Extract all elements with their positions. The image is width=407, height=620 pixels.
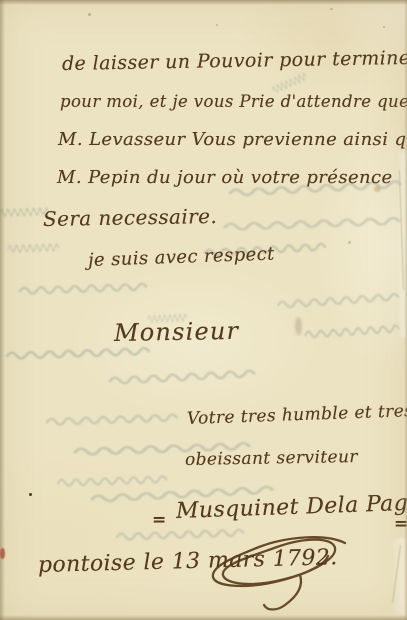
red-ink-mark [0,548,5,559]
letter-line: pour moi, et je vous Prie d'attendre que [60,92,407,111]
paper-edge-top [0,0,407,5]
salutation-line: Monsieur [114,317,240,347]
foxing-spot [295,317,302,335]
letter-line: de laisser un Pouvoir pour terminer [62,47,407,75]
paper-tear-highlight [391,538,405,616]
ink-dot [29,493,32,496]
foxing-spot [330,8,333,10]
paper-edge-bottom [0,615,407,620]
letter-line: M. Pepin du jour où votre présence [57,167,393,188]
foxing-spot [216,24,218,26]
signature-name: Musquinet Dela Pagne [176,490,407,524]
dateline: pontoise le 13 mars 1792. [38,545,338,578]
foxing-spot [348,241,351,244]
paper-crease [392,545,401,603]
letter-line: M. Levasseur Vous previenne ainsi que [58,129,407,150]
letter-page: de laisser un Pouvoir pour terminer pour… [0,0,407,620]
foxing-spot [88,13,91,16]
paper-tear-highlight [397,152,406,337]
foxing-spot [383,26,385,28]
paper-edge-left [0,0,5,620]
signature-prefix: = [152,510,167,530]
courtesy-line: je suis avec respect [88,243,275,271]
closing-line: obeissant serviteur [185,447,358,470]
letter-line: Sera necessaire. [43,204,218,231]
paper-crease [399,170,404,290]
closing-line: Votre tres humble et tres [187,401,407,429]
signature-suffix: = [394,514,407,534]
